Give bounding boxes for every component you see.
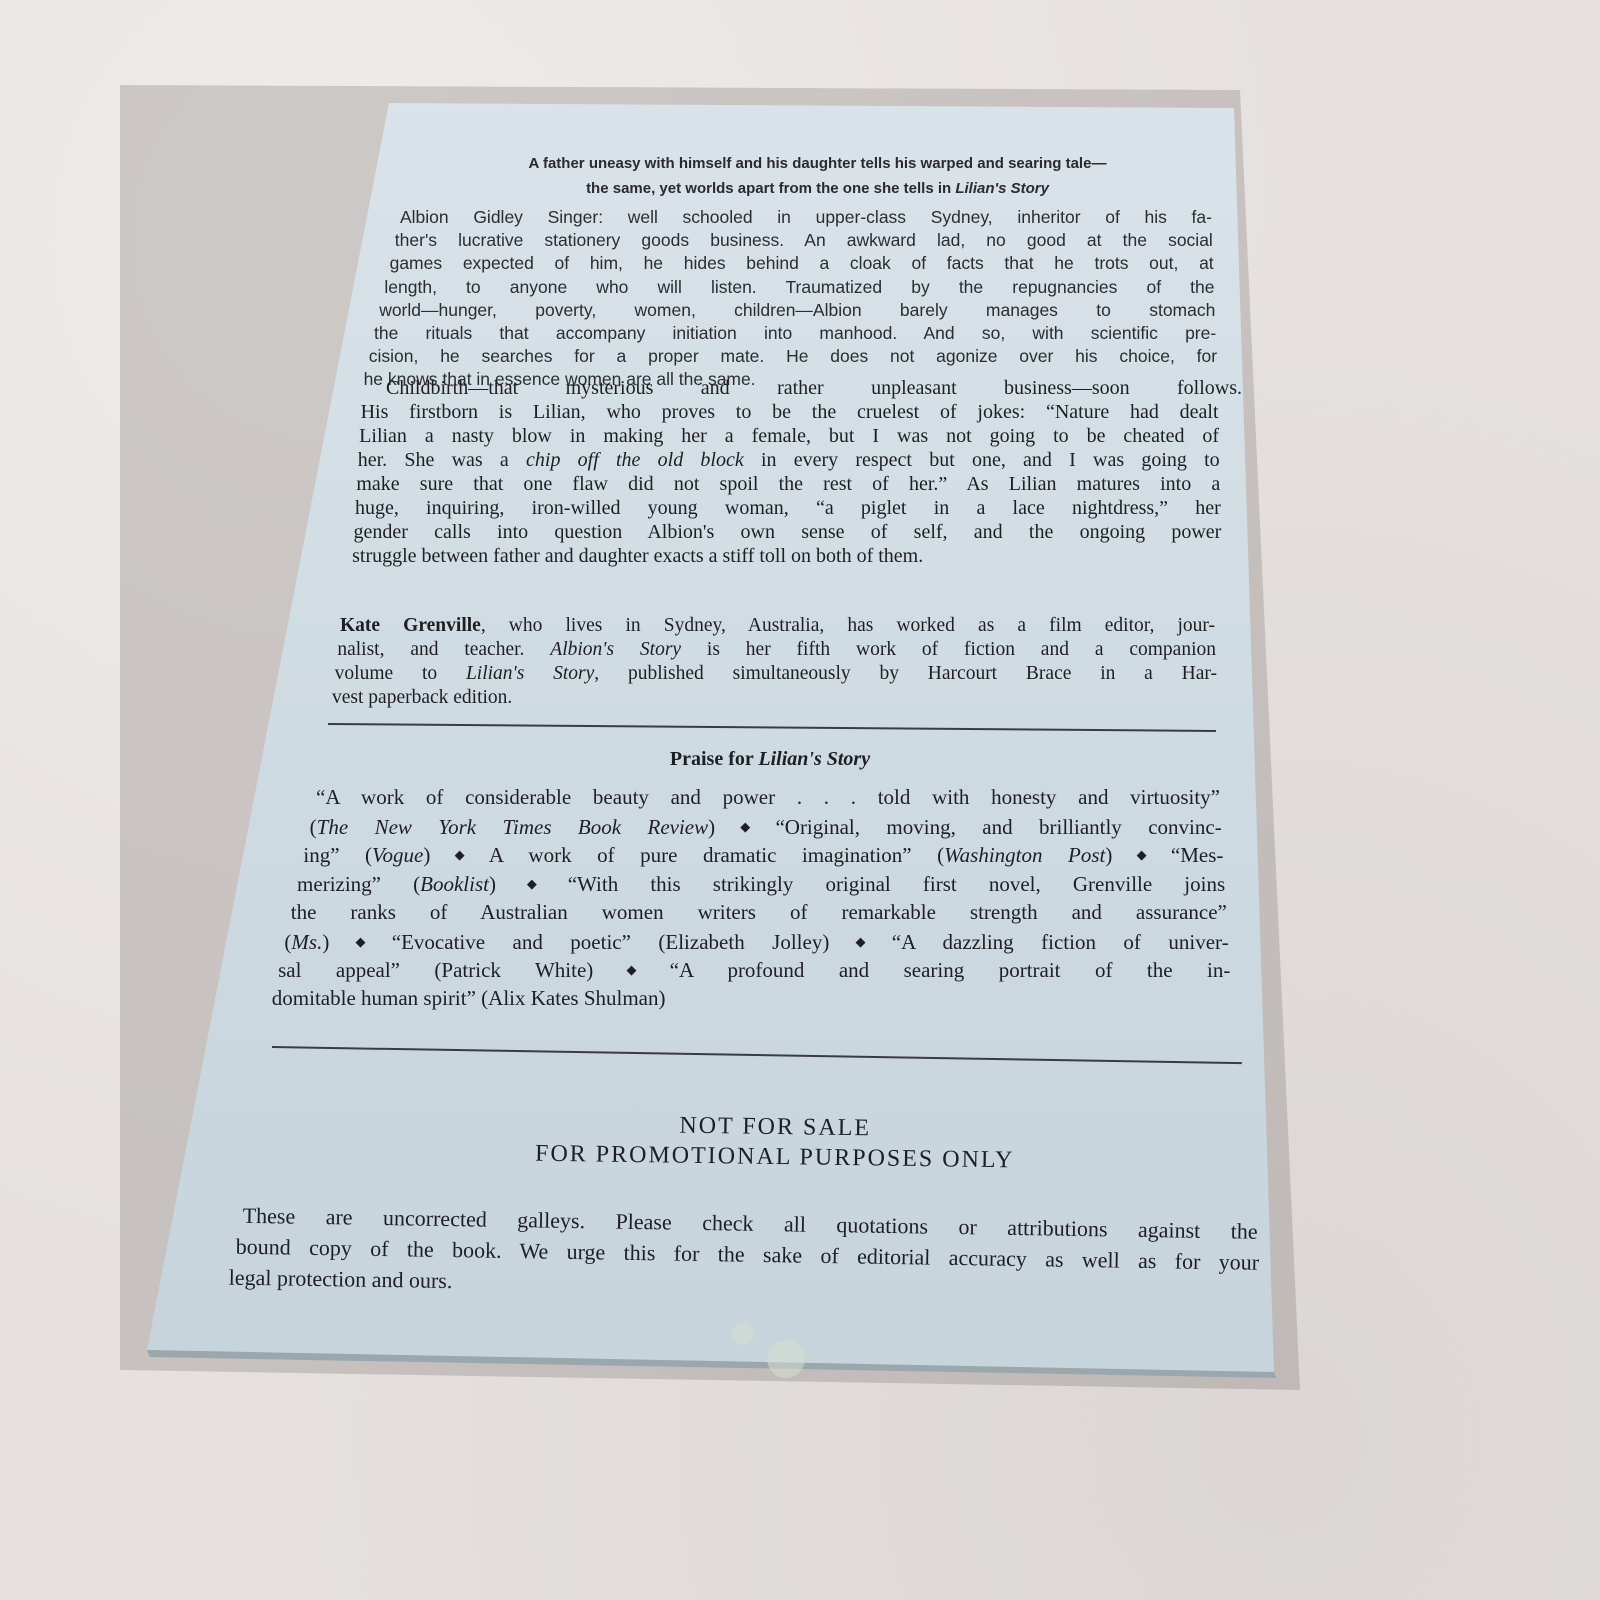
- synopsis-text: gender calls into question Albion's own …: [354, 521, 1222, 543]
- synopsis-line: world—hunger, poverty, women, children—A…: [379, 298, 1215, 323]
- quote-text: “A work of considerable beauty and power…: [316, 785, 1220, 809]
- synopsis-line: Lilian a nasty blow in making her a fema…: [359, 424, 1219, 448]
- quote-text: ): [489, 872, 496, 896]
- praise-line: “A work of considerable beauty and power…: [316, 784, 1220, 811]
- quote-source: The New York Times Book Review: [317, 815, 708, 839]
- synopsis-line: cision, he searches for a proper mate. H…: [369, 344, 1217, 369]
- synopsis-text: the rituals that accompany initiation in…: [374, 323, 1216, 343]
- synopsis-text: Childbirth—that mysterious and rather un…: [386, 377, 1242, 399]
- praise-heading: Praise for Lilian's Story: [560, 748, 980, 771]
- author-name: Kate Grenville: [340, 615, 481, 636]
- quote-source: Booklist: [420, 872, 489, 896]
- bullet-diamond-icon: ◆: [500, 876, 564, 891]
- quote-source: Washington Post: [944, 843, 1105, 867]
- synopsis-line: Childbirth—that mysterious and rather un…: [362, 376, 1242, 400]
- stain-mark: [732, 1323, 754, 1345]
- quote-text: (: [310, 815, 317, 839]
- book-title: Lilian's Story: [466, 663, 594, 684]
- synopsis-text: Albion Gidley Singer: well schooled in u…: [400, 207, 1212, 227]
- synopsis-line: the rituals that accompany initiation in…: [374, 321, 1216, 346]
- synopsis-text: her. She was a: [358, 449, 526, 471]
- bio-line: vest paperback edition.: [332, 686, 1218, 710]
- quote-text: “A dazzling fiction of univer-: [892, 930, 1229, 954]
- bio-line: volume to Lilian's Story, published simu…: [335, 662, 1217, 686]
- synopsis-line: struggle between father and daughter exa…: [352, 544, 1222, 568]
- bullet-diamond-icon: ◆: [719, 819, 771, 834]
- synopsis-line: His firstborn is Lilian, who proves to b…: [361, 400, 1219, 424]
- bullet-diamond-icon: ◆: [597, 962, 665, 977]
- quote-text: merizing” (: [297, 872, 420, 896]
- synopsis-line: Albion Gidley Singer: well schooled in u…: [400, 205, 1212, 230]
- quote-source: Ms.: [291, 930, 322, 954]
- bio-line: Kate Grenville, who lives in Sydney, Aus…: [340, 614, 1215, 638]
- headline-line-2: the same, yet worlds apart from the one …: [400, 180, 1235, 197]
- bullet-diamond-icon: ◆: [333, 934, 387, 949]
- bio-text: is her fifth work of fiction and a compa…: [681, 639, 1216, 660]
- synopsis-text: world—hunger, poverty, women, children—A…: [379, 300, 1215, 320]
- synopsis-text: cision, he searches for a proper mate. H…: [369, 346, 1217, 366]
- quote-text: “Original, moving, and brilliantly convi…: [775, 815, 1221, 839]
- bio-text: volume to: [335, 663, 466, 684]
- quote-text: ): [708, 815, 715, 839]
- book-title: Albion's Story: [550, 639, 681, 660]
- bio-line: nalist, and teacher. Albion's Story is h…: [337, 638, 1216, 662]
- praise-line: (The New York Times Book Review)◆“Origin…: [310, 813, 1222, 841]
- quote-text: ): [423, 843, 430, 867]
- quote-source: Vogue: [372, 843, 423, 867]
- synopsis-text: length, to anyone who will listen. Traum…: [384, 277, 1214, 297]
- praise-line: (Ms.)◆“Evocative and poetic” (Elizabeth …: [284, 928, 1228, 956]
- synopsis-text: His firstborn is Lilian, who proves to b…: [361, 401, 1219, 423]
- synopsis-line: gender calls into question Albion's own …: [354, 520, 1222, 544]
- quote-text: the ranks of Australian women writers of…: [291, 900, 1227, 924]
- praise-heading-title: Lilian's Story: [758, 748, 870, 770]
- synopsis-text: in every respect but one, and I was goin…: [744, 449, 1220, 471]
- synopsis-text: Lilian a nasty blow in making her a fema…: [359, 425, 1219, 447]
- synopsis-line: games expected of him, he hides behind a…: [390, 251, 1214, 276]
- disclaimer-text: legal protection and ours.: [229, 1265, 453, 1294]
- promo-notice: NOT FOR SALE FOR PROMOTIONAL PURPOSES ON…: [380, 1106, 1171, 1177]
- stain-mark: [767, 1340, 805, 1378]
- quote-text: A work of pure dramatic imagination” (: [489, 843, 944, 867]
- headline-line-1: A father uneasy with himself and his dau…: [400, 155, 1235, 172]
- quote-text: sal appeal” (Patrick White): [278, 958, 593, 982]
- synopsis-text: struggle between father and daughter exa…: [352, 545, 923, 567]
- synopsis-text: ther's lucrative stationery goods busine…: [395, 230, 1213, 250]
- quote-text: “Evocative and poetic” (Elizabeth Jolley…: [392, 930, 830, 954]
- cover-headline: A father uneasy with himself and his dau…: [400, 155, 1235, 197]
- quote-text: ): [322, 930, 329, 954]
- quote-text: ): [1105, 843, 1112, 867]
- synopsis-text: huge, inquiring, iron-willed young woman…: [355, 497, 1221, 519]
- bio-text: , published simultaneously by Harcourt B…: [594, 663, 1217, 684]
- praise-line: merizing” (Booklist)◆“With this striking…: [297, 870, 1225, 898]
- headline-italic-title: Lilian's Story: [955, 180, 1049, 197]
- synopsis-line: make sure that one flaw did not spoil th…: [356, 472, 1220, 496]
- praise-line: sal appeal” (Patrick White)◆“A profound …: [278, 956, 1230, 984]
- synopsis-line: her. She was a chip off the old block in…: [358, 448, 1220, 472]
- synopsis-line: length, to anyone who will listen. Traum…: [384, 275, 1214, 300]
- bullet-diamond-icon: ◆: [434, 847, 485, 862]
- bio-text: vest paperback edition.: [332, 687, 512, 708]
- quote-text: domitable human spirit” (Alix Kates Shul…: [272, 986, 666, 1010]
- praise-line: ing” (Vogue)◆A work of pure dramatic ima…: [303, 841, 1223, 869]
- quote-text: “With this strikingly original first nov…: [568, 872, 1225, 896]
- praise-heading-prefix: Praise for: [670, 748, 759, 770]
- quote-text: “A profound and searing portrait of the …: [670, 958, 1231, 982]
- bio-text: nalist, and teacher.: [337, 639, 550, 660]
- synopsis-italic-phrase: chip off the old block: [526, 449, 744, 471]
- bullet-diamond-icon: ◆: [1116, 847, 1167, 862]
- praise-line: domitable human spirit” (Alix Kates Shul…: [272, 985, 1232, 1012]
- quote-text: ing” (: [303, 843, 372, 867]
- synopsis-line: ther's lucrative stationery goods busine…: [395, 228, 1213, 253]
- synopsis-text: make sure that one flaw did not spoil th…: [356, 473, 1220, 495]
- bullet-diamond-icon: ◆: [833, 934, 887, 949]
- synopsis-line: huge, inquiring, iron-willed young woman…: [355, 496, 1221, 520]
- synopsis-text: games expected of him, he hides behind a…: [390, 253, 1214, 273]
- headline-text: the same, yet worlds apart from the one …: [586, 180, 955, 197]
- quote-text: “Mes-: [1171, 843, 1223, 867]
- bio-text: , who lives in Sydney, Australia, has wo…: [481, 615, 1215, 636]
- praise-line: the ranks of Australian women writers of…: [291, 899, 1227, 926]
